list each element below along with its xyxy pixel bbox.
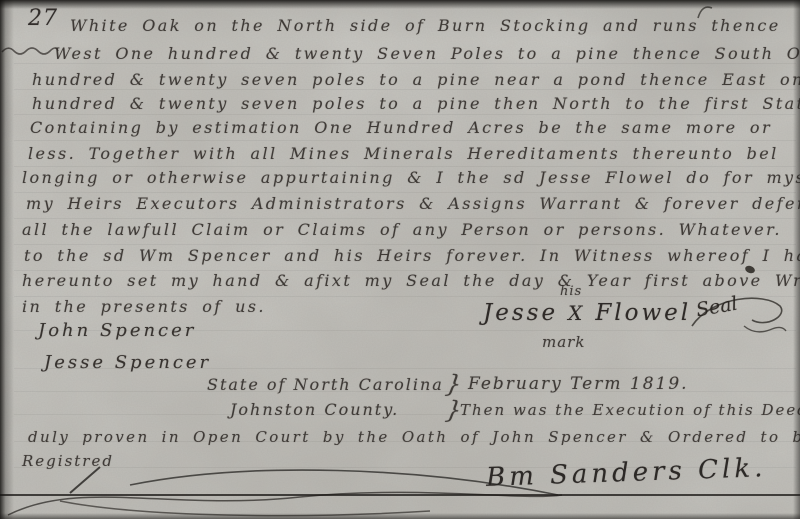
scan-edge-bottom <box>0 513 800 519</box>
deed-body-line: to the sd Wm Spencer and his Heirs forev… <box>24 246 800 265</box>
attestation-state: State of North Carolina <box>207 375 444 394</box>
attestation-county: Johnston County. <box>230 400 399 419</box>
entry-number: 27 <box>28 6 58 31</box>
witness-signature-1: John Spencer <box>38 320 196 341</box>
deed-body-line: in the presents of us. <box>22 297 266 316</box>
witness-signature-2: Jesse Spencer <box>44 352 211 373</box>
scan-edge-top <box>0 0 800 9</box>
deed-body-line: Containing by estimation One Hundred Acr… <box>30 118 772 137</box>
deed-body-line: hereunto set my hand & afixt my Seal the… <box>22 271 800 290</box>
deed-register-page: 27 White Oak on the North side of Burn S… <box>0 0 800 519</box>
page-bottom-rule <box>0 494 800 496</box>
ruled-line <box>14 244 796 245</box>
ruled-line <box>14 140 796 141</box>
grantor-signature: JesseXFlowel <box>483 300 691 326</box>
scan-edge-left <box>0 0 14 519</box>
ruled-line <box>14 63 796 64</box>
ruled-line <box>14 166 796 167</box>
his-mark-x: X <box>568 301 585 325</box>
deed-body-line: less. Together with all Mines Minerals H… <box>28 144 779 163</box>
ruled-line <box>14 89 796 90</box>
grantor-last-name: Flowel <box>595 300 691 326</box>
deed-body-line: all the lawfull Claim or Claims of any P… <box>22 220 782 239</box>
deed-body-line: West One hundred & twenty Seven Poles to… <box>54 44 800 63</box>
scan-edge-right <box>793 0 800 519</box>
his-mark-upper-label: his <box>560 284 582 299</box>
ruled-line <box>14 192 796 193</box>
ruled-line <box>14 114 796 115</box>
proof-line-2: duly proven in Open Court by the Oath of… <box>28 428 800 446</box>
proof-line-3: Registred <box>22 452 114 470</box>
deed-body-line: my Heirs Executors Administrators & Assi… <box>26 194 800 213</box>
deed-body-line: hundred & twenty seven poles to a pine n… <box>32 70 800 89</box>
court-term: February Term 1819. <box>468 374 689 394</box>
clerk-signature: Bm Sanders Clk. <box>486 453 767 493</box>
deed-body-line: hundred & twenty seven poles to a pine t… <box>32 94 800 113</box>
attestation-brace: } <box>444 370 464 398</box>
grantor-first-name: Jesse <box>483 300 558 326</box>
deed-body-line: White Oak on the North side of Burn Stoc… <box>70 16 781 35</box>
deed-body-line: longing or otherwise appurtaining & I th… <box>22 168 800 187</box>
proof-line-1: Then was the Execution of this Deed <box>460 401 800 419</box>
his-mark-lower-label: mark <box>542 333 585 351</box>
ruled-line <box>14 218 796 219</box>
